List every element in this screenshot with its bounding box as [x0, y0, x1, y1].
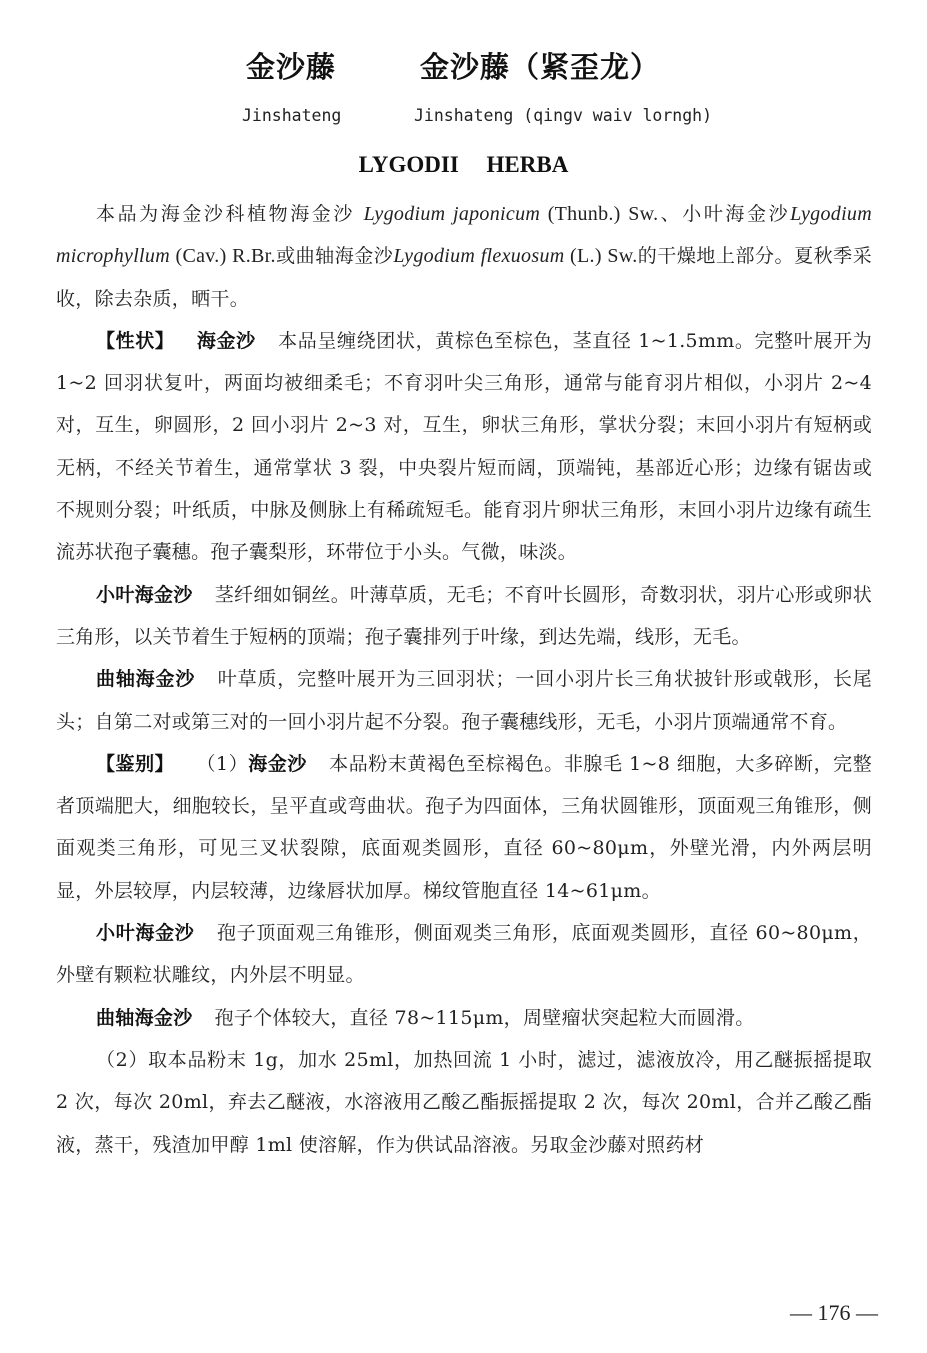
intro-text-3: 或曲轴海金沙	[276, 245, 394, 267]
species-name: Lygodium japonicum	[364, 203, 541, 225]
description-text: 本品呈缠绕团状，黄棕色至棕色，茎直径 1~1.5mm。完整叶展开为 1~2 回羽…	[56, 330, 872, 563]
identification-qzhjs-paragraph: 曲轴海金沙孢子个体较大，直径 78~115μm，周壁瘤状突起粒大而圆滑。	[56, 997, 872, 1039]
species-label: 曲轴海金沙	[96, 668, 195, 690]
species-author: (L.) Sw.	[565, 245, 638, 267]
latin-name: LYGODII HERBA	[0, 150, 927, 180]
characters-xyhjs-paragraph: 小叶海金沙茎纤细如铜丝。叶薄草质，无毛；不育叶长圆形，奇数羽状，羽片心形或卵状三…	[56, 574, 872, 659]
species-label: 小叶海金沙	[96, 584, 193, 606]
characters-hjs-paragraph: 【性状】海金沙本品呈缠绕团状，黄棕色至棕色，茎直径 1~1.5mm。完整叶展开为…	[56, 320, 872, 574]
description-text: 孢子个体较大，直径 78~115μm，周壁瘤状突起粒大而圆滑。	[215, 1007, 755, 1029]
intro-text-2: 、小叶海金沙	[658, 203, 790, 225]
species-author: (Cav.) R.Br.	[170, 245, 276, 267]
species-label: 曲轴海金沙	[96, 1007, 193, 1029]
pinyin-zhuang: Jinshateng (qingv waiv lorngh)	[414, 104, 712, 128]
section-label-identification: 【鉴别】	[96, 753, 174, 775]
item-number: （1）	[196, 753, 248, 775]
species-name: Lygodium flexuosum	[393, 245, 564, 267]
description-text: （2）取本品粉末 1g，加水 25ml，加热回流 1 小时，滤过，滤液放冷，用乙…	[56, 1049, 872, 1156]
identification-hjs-paragraph: 【鉴别】（1）海金沙本品粉末黄褐色至棕褐色。非腺毛 1~8 细胞，大多碎断，完整…	[56, 743, 872, 912]
title-zhuang: 金沙藤（紧歪龙）	[420, 44, 660, 90]
identification-item2-paragraph: （2）取本品粉末 1g，加水 25ml，加热回流 1 小时，滤过，滤液放冷，用乙…	[56, 1039, 872, 1166]
page-number: — 176 —	[790, 1298, 878, 1328]
characters-qzhjs-paragraph: 曲轴海金沙叶草质，完整叶展开为三回羽状；一回小羽片长三角状披针形或戟形，长尾头；…	[56, 658, 872, 743]
pinyin-row: Jinshateng Jinshateng (qingv waiv lorngh…	[0, 104, 927, 128]
identification-xyhjs-paragraph: 小叶海金沙孢子顶面观三角锥形，侧面观类三角形，底面观类圆形，直径 60~80μm…	[56, 912, 872, 997]
section-label-characters: 【性状】	[96, 330, 175, 352]
pinyin-chinese: Jinshateng	[242, 104, 341, 128]
intro-text-1: 本品为海金沙科植物海金沙	[96, 203, 364, 225]
description-text: 本品粉末黄褐色至棕褐色。非腺毛 1~8 细胞，大多碎断，完整者顶端肥大，细胞较长…	[56, 753, 872, 902]
species-author: (Thunb.) Sw.	[540, 203, 658, 225]
intro-paragraph: 本品为海金沙科植物海金沙 Lygodium japonicum (Thunb.)…	[56, 193, 872, 320]
species-label: 海金沙	[248, 753, 307, 775]
species-label: 小叶海金沙	[96, 922, 195, 944]
title-chinese: 金沙藤	[246, 44, 336, 90]
document-body: 本品为海金沙科植物海金沙 Lygodium japonicum (Thunb.)…	[56, 193, 872, 1166]
species-label: 海金沙	[197, 330, 256, 352]
title-row: 金沙藤 金沙藤（紧歪龙）	[0, 44, 927, 90]
